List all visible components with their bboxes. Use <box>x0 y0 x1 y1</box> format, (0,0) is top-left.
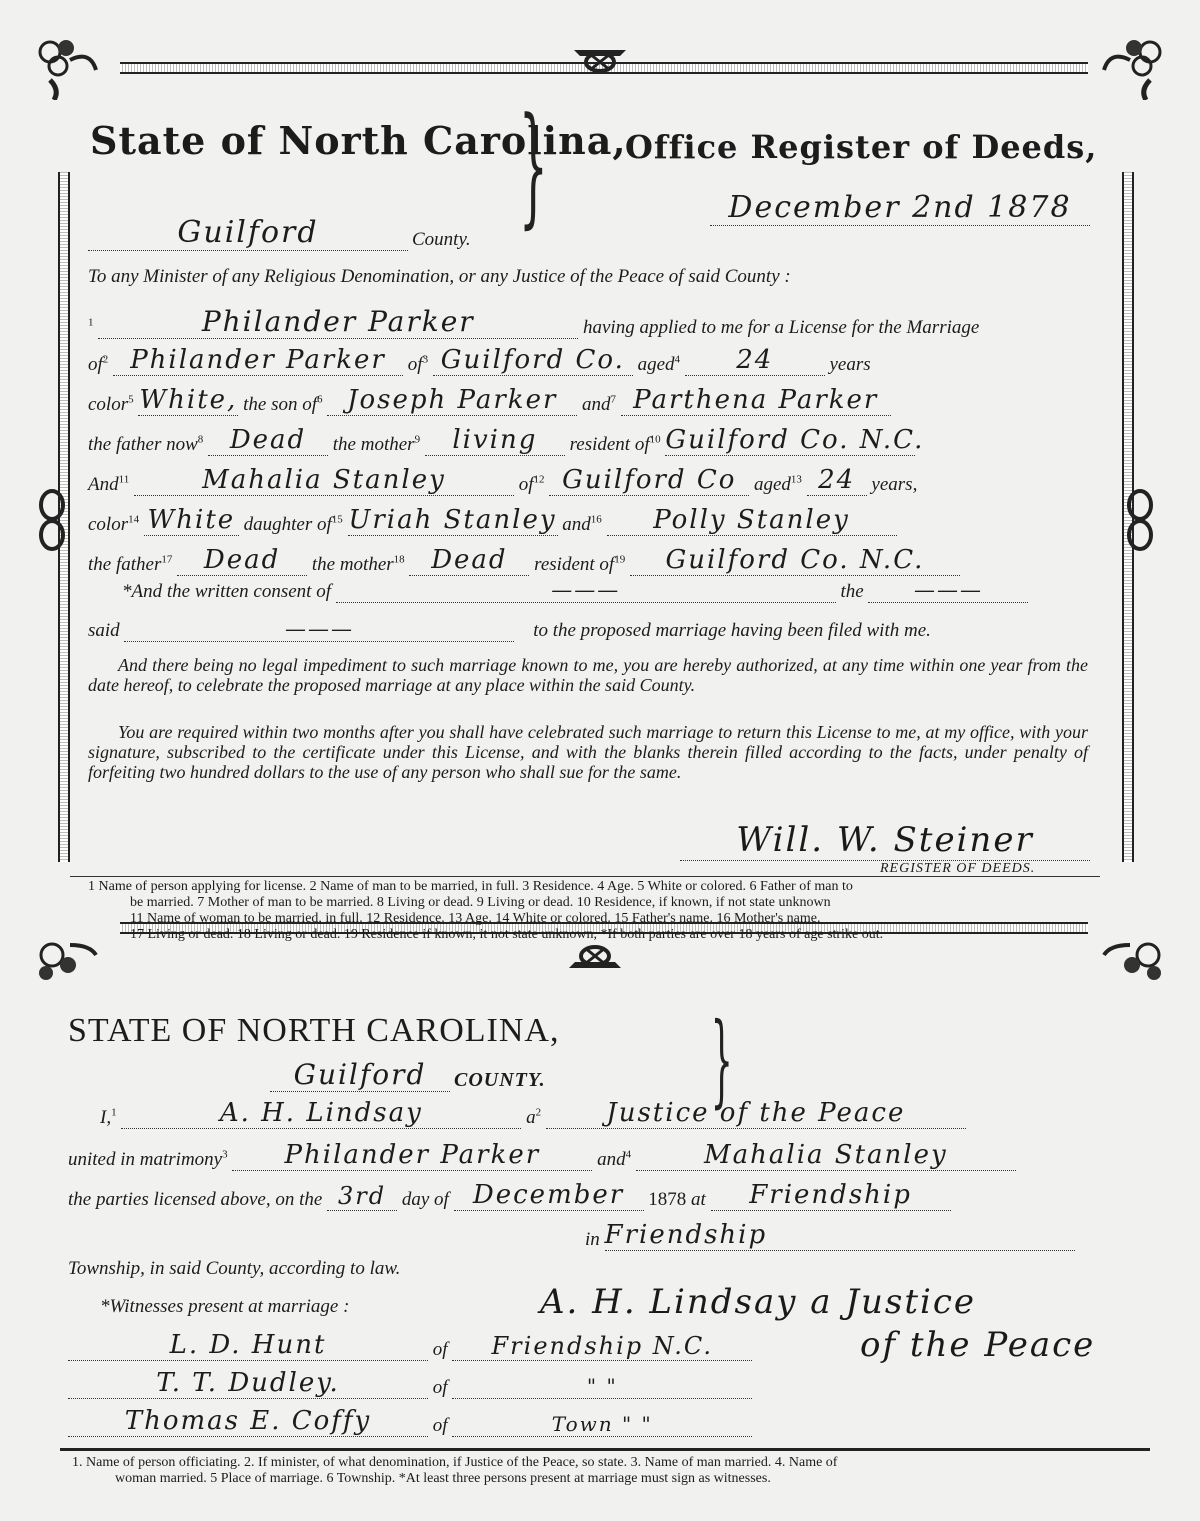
certificate-footnote-1: 1. Name of person officiating. 2. If min… <box>72 1455 837 1471</box>
certificate-state-heading: STATE OF NORTH CAROLINA, <box>68 1012 559 1050</box>
license-date-field[interactable]: December 2nd 1878 <box>710 190 1090 226</box>
county-field[interactable]: Guilford <box>88 215 408 251</box>
bride-parent-residence-field[interactable]: Guilford Co. N.C. <box>630 545 960 576</box>
date-place-row: the parties licensed above, on the 3rd d… <box>68 1180 951 1211</box>
address-line: To any Minister of any Religious Denomin… <box>88 266 791 288</box>
witness-place-field[interactable]: " " <box>452 1374 752 1399</box>
bride-name-field[interactable]: Mahalia Stanley <box>134 465 514 496</box>
officiant-name-field[interactable]: A. H. Lindsay <box>121 1098 521 1129</box>
knot-ornament-icon <box>565 944 625 972</box>
witness-row: T. T. Dudley. of " " <box>68 1368 752 1399</box>
authorization-paragraph: And there being no legal impediment to s… <box>88 655 1088 695</box>
groom-parent-residence-field[interactable]: Guilford Co. N.C. <box>665 425 915 456</box>
certificate-footnote-2: woman married. 5 Place of marriage. 6 To… <box>115 1471 771 1487</box>
flower-bouquet-icon <box>30 30 100 100</box>
township-field[interactable]: Friendship <box>605 1220 1075 1251</box>
witness-row: L. D. Hunt of Friendship N.C. <box>68 1330 752 1361</box>
return-requirement-paragraph: You are required within two months after… <box>88 722 1088 782</box>
groom-mother-field[interactable]: Parthena Parker <box>621 385 891 416</box>
consent-the-field[interactable]: ——— <box>868 578 1028 603</box>
bride-name-row: And11 Mahalia Stanley of12 Guilford Co a… <box>88 465 917 496</box>
bride-color-field[interactable]: White <box>144 505 239 536</box>
witness-name-field[interactable]: T. T. Dudley. <box>68 1368 428 1399</box>
witness-name-field[interactable]: L. D. Hunt <box>68 1330 428 1361</box>
marriage-year: 1878 <box>648 1189 686 1210</box>
groom-parents-row: color5 White, the son of6 Joseph Parker … <box>88 385 891 416</box>
bride-residence-field[interactable]: Guilford Co <box>549 465 749 496</box>
witness-place-field[interactable]: Friendship N.C. <box>452 1332 752 1361</box>
bride-mother-field[interactable]: Polly Stanley <box>607 505 897 536</box>
groom-color-field[interactable]: White, <box>138 385 238 416</box>
header-brace: } <box>519 100 548 230</box>
side-knot-icon <box>38 485 66 555</box>
officiant-signature-line-1: A. H. Lindsay a Justice <box>540 1282 976 1322</box>
license-footnote-3: 11 Name of woman to be married, in full.… <box>130 911 820 927</box>
witness-place-field[interactable]: Town " " <box>452 1412 752 1437</box>
flower-bouquet-icon <box>1100 915 1170 985</box>
officiant-signature-line-2: of the Peace <box>860 1325 1095 1365</box>
license-border-frame <box>40 52 1158 942</box>
marriage-month-field[interactable]: December <box>454 1180 644 1211</box>
knot-ornament-icon <box>570 46 630 74</box>
witness-name-field[interactable]: Thomas E. Coffy <box>68 1406 428 1437</box>
groom-age-field[interactable]: 24 <box>685 345 825 376</box>
side-knot-icon <box>1126 485 1154 555</box>
county-label: County. <box>412 229 471 250</box>
applicant-row: 1 Philander Parker having applied to me … <box>88 305 979 339</box>
bride-parent-status-row: the father17 Dead the mother18 Dead resi… <box>88 545 960 576</box>
consent-said-field[interactable]: ——— <box>124 617 514 642</box>
officiant-row: I,1 A. H. Lindsay a2 Justice of the Peac… <box>100 1098 966 1129</box>
certificate-county-field[interactable]: Guilford <box>270 1058 450 1092</box>
consent-of-field[interactable]: ——— <box>336 578 836 603</box>
license-county-row: Guilford County. <box>88 215 471 251</box>
certificate-county-label: COUNTY. <box>454 1069 546 1091</box>
bride-mother-status-field[interactable]: Dead <box>409 545 529 576</box>
groom-name-field[interactable]: Philander Parker <box>113 345 403 376</box>
register-signature: Will. W. Steiner <box>736 820 1033 860</box>
groom-residence-field[interactable]: Guilford Co. <box>433 345 633 376</box>
consent-row-2: said ——— to the proposed marriage having… <box>88 617 931 642</box>
bride-age-field[interactable]: 24 <box>807 465 867 496</box>
groom-father-field[interactable]: Joseph Parker <box>327 385 577 416</box>
groom-parent-status-row: the father now8 Dead the mother9 living … <box>88 425 915 456</box>
applicant-suffix: having applied to me for a License for t… <box>583 317 979 338</box>
married-woman-field[interactable]: Mahalia Stanley <box>636 1140 1016 1171</box>
license-footnote-2: be married. 7 Mother of man to be marrie… <box>130 895 831 911</box>
office-register-heading: Office Register of Deeds, <box>625 128 1097 166</box>
certificate-county-row: Guilford COUNTY. <box>270 1058 546 1092</box>
flower-bouquet-icon <box>30 915 100 985</box>
marriage-day-field[interactable]: 3rd <box>327 1182 397 1211</box>
married-man-field[interactable]: Philander Parker <box>232 1140 592 1171</box>
witnesses-label: *Witnesses present at marriage : <box>100 1296 349 1318</box>
officiant-title-field[interactable]: Justice of the Peace <box>546 1098 966 1129</box>
bride-father-status-field[interactable]: Dead <box>177 545 307 576</box>
license-footnote-4: 17 Living or dead. 18 Living or dead. 19… <box>130 927 883 943</box>
license-footnote-1: 1 Name of person applying for license. 2… <box>88 879 853 895</box>
groom-mother-status-field[interactable]: living <box>425 425 565 456</box>
united-row: united in matrimony3 Philander Parker an… <box>68 1140 1016 1171</box>
groom-name-row: of2 Philander Parker of3 Guilford Co. ag… <box>88 345 871 376</box>
certificate-footnote-divider <box>60 1448 1150 1451</box>
bride-father-field[interactable]: Uriah Stanley <box>348 505 558 536</box>
register-title: REGISTER OF DEEDS. <box>880 861 1035 877</box>
register-signature-line: Will. W. Steiner <box>680 820 1090 861</box>
certificate-brace: } <box>711 1010 733 1110</box>
flower-bouquet-icon <box>1100 30 1170 100</box>
township-row: in Friendship <box>585 1220 1075 1251</box>
witness-row: Thomas E. Coffy of Town " " <box>68 1406 752 1437</box>
township-label: Township, in said County, according to l… <box>68 1258 400 1280</box>
license-date-field-wrap: December 2nd 1878 <box>710 190 1090 226</box>
footnote-divider <box>70 876 1100 877</box>
groom-father-status-field[interactable]: Dead <box>208 425 328 456</box>
applicant-name-field[interactable]: Philander Parker <box>98 305 578 339</box>
consent-row-1: *And the written consent of ——— the ——— <box>122 578 1028 603</box>
bride-parents-row: color14 White daughter of15 Uriah Stanle… <box>88 505 897 536</box>
marriage-place-field[interactable]: Friendship <box>711 1180 951 1211</box>
